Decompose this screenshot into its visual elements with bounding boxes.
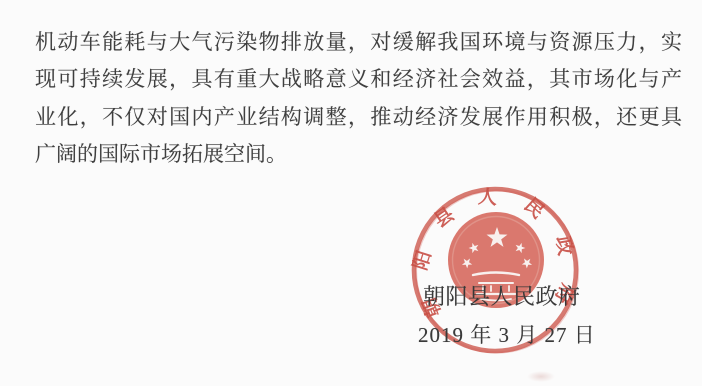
ink-smudge: [527, 371, 555, 382]
body-line-1: 机动车能耗与大气污染物排放量，对缓解我国环境与资源压力，实: [35, 24, 682, 61]
body-line-3: 业化，不仅对国内产业结构调整，推动经济发展作用积极，还更具: [35, 99, 682, 136]
document-page: 机动车能耗与大气污染物排放量，对缓解我国环境与资源压力，实 现可持续发展，具有重…: [0, 0, 702, 386]
body-line-2: 现可持续发展，具有重大战略意义和经济社会效益，其市场化与产: [35, 61, 682, 98]
issue-date: 2019 年 3 月 27 日: [418, 323, 596, 348]
body-paragraph: 机动车能耗与大气污染物排放量，对缓解我国环境与资源压力，实 现可持续发展，具有重…: [35, 24, 682, 174]
body-line-4: 广阔的国际市场拓展空间。: [35, 136, 682, 173]
issuer-name: 朝阳县人民政府: [423, 284, 581, 310]
